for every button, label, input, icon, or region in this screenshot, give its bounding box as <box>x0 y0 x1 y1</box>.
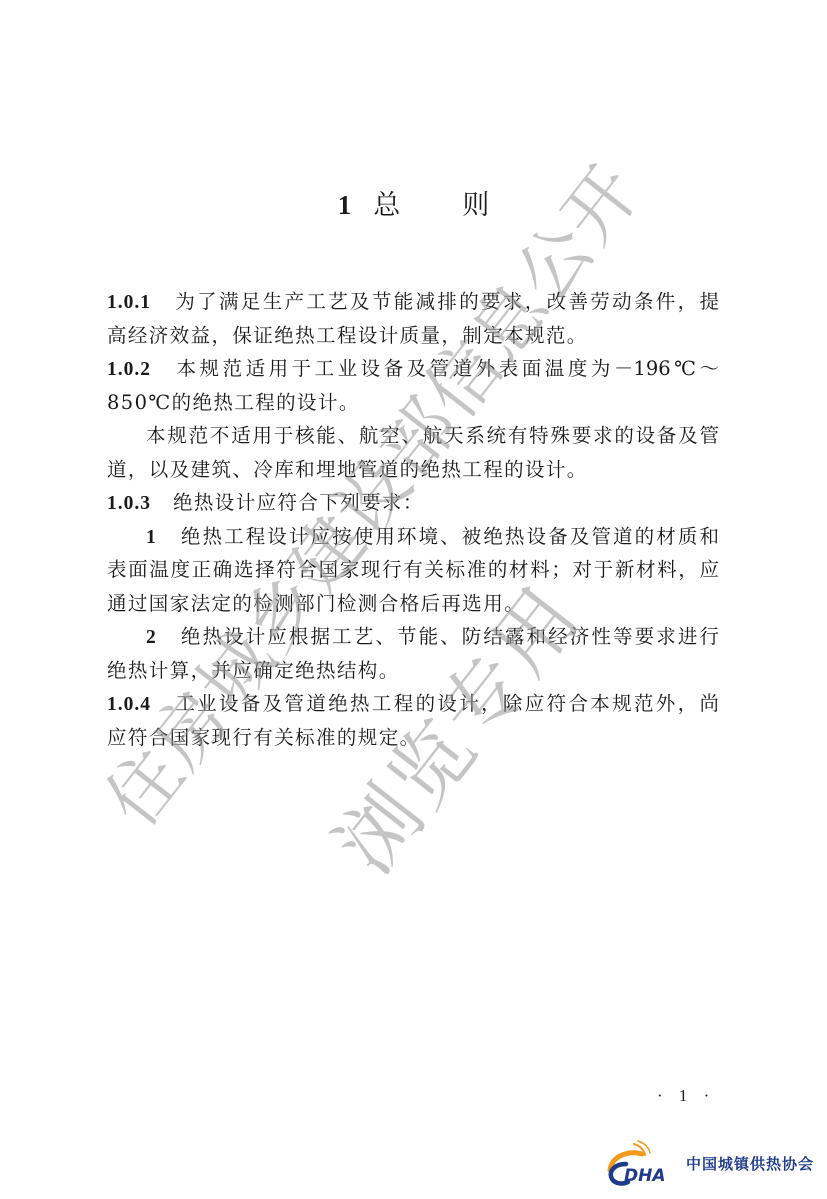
clause-1-0-2: 1.0.2本规范适用于工业设备及管道外表面温度为－196℃～ <box>107 352 719 386</box>
clause-text: 工业设备及管道绝热工程的设计，除应符合本规范外，尚 <box>173 692 719 715</box>
clause-1-0-3: 1.0.3绝热设计应符合下列要求： <box>107 486 719 520</box>
page-number: · 1 · <box>657 1086 715 1106</box>
clause-number: 1.0.1 <box>107 292 151 313</box>
chapter-title: 1总则 <box>0 183 827 222</box>
logo-mark-text: DHA <box>624 1166 666 1186</box>
item-number: 2 <box>146 627 157 648</box>
org-name: 中国城镇供热协会 <box>686 1153 814 1174</box>
clause-text-line: 道，以及建筑、冷库和埋地管道的绝热工程的设计。 <box>107 453 719 487</box>
clause-text: 为了满足生产工艺及节能减排的要求，改善劳动条件，提 <box>173 290 719 313</box>
item-text: 绝热设计应根据工艺、节能、防结露和经济性等要求进行 <box>179 625 719 648</box>
chapter-number: 1 <box>338 190 352 220</box>
clause-text-line: 应符合国家现行有关标准的规定。 <box>107 721 719 755</box>
clause-item-2: 2绝热设计应根据工艺、节能、防结露和经济性等要求进行 <box>107 620 719 654</box>
chapter-title-char-2: 则 <box>462 190 489 221</box>
item-number: 1 <box>146 527 157 548</box>
document-page: 1总则 1.0.1为了满足生产工艺及节能减排的要求，改善劳动条件，提 高经济效益… <box>0 0 827 1199</box>
clause-text: 绝热设计应符合下列要求： <box>173 491 424 514</box>
clause-number: 1.0.4 <box>107 694 151 715</box>
clause-paragraph: 本规范不适用于核能、航空、航天系统有特殊要求的设备及管 <box>107 419 719 453</box>
clause-text-line: 表面温度正确选择符合国家现行有关标准的材料；对于新材料，应 <box>107 553 719 587</box>
clause-text-line: 绝热计算，并应确定绝热结构。 <box>107 654 719 688</box>
cdha-logo-icon: DHA <box>604 1140 676 1186</box>
clause-number: 1.0.2 <box>107 359 151 380</box>
clause-text-line: 850℃的绝热工程的设计。 <box>107 386 719 420</box>
chapter-title-char-1: 总 <box>373 190 400 221</box>
clause-number: 1.0.3 <box>107 493 151 514</box>
chapter-body: 1.0.1为了满足生产工艺及节能减排的要求，改善劳动条件，提 高经济效益，保证绝… <box>107 285 719 754</box>
footer-logo: DHA 中国城镇供热协会 <box>604 1138 814 1188</box>
item-text: 绝热工程设计应按使用环境、被绝热设备及管道的材质和 <box>179 525 719 548</box>
clause-1-0-4: 1.0.4工业设备及管道绝热工程的设计，除应符合本规范外，尚 <box>107 687 719 721</box>
clause-text: 本规范适用于工业设备及管道外表面温度为－196℃～ <box>173 357 719 380</box>
clause-item-1: 1绝热工程设计应按使用环境、被绝热设备及管道的材质和 <box>107 520 719 554</box>
clause-1-0-1: 1.0.1为了满足生产工艺及节能减排的要求，改善劳动条件，提 <box>107 285 719 319</box>
clause-text-line: 通过国家法定的检测部门检测合格后再选用。 <box>107 587 719 621</box>
clause-text-line: 高经济效益，保证绝热工程设计质量，制定本规范。 <box>107 319 719 353</box>
